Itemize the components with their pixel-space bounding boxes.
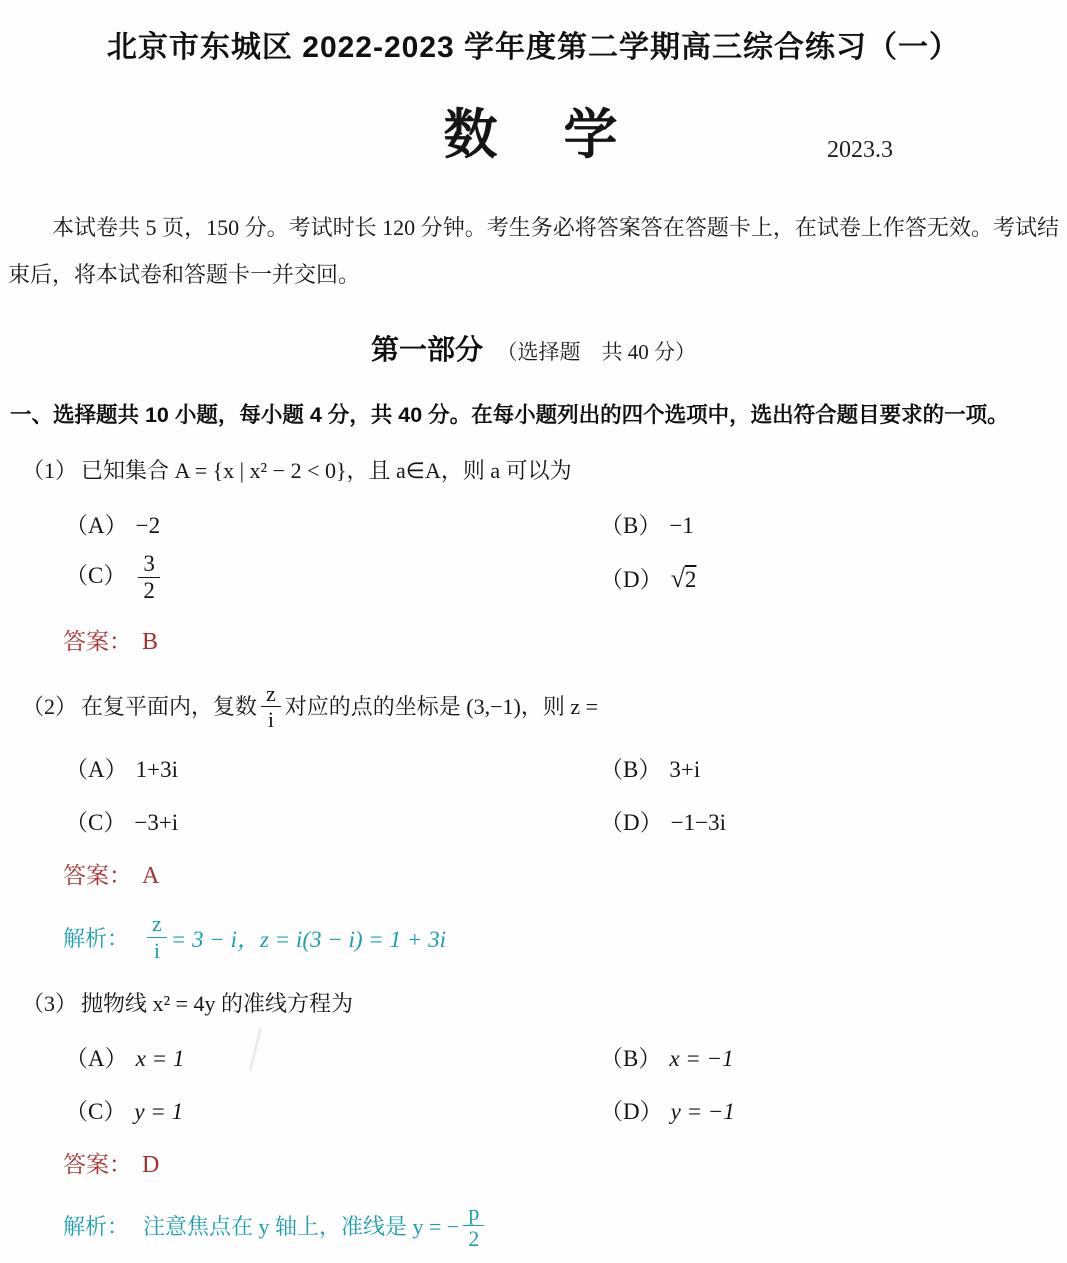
option-a-value: 1+3i (136, 757, 178, 782)
option-b-label: （B） (600, 513, 661, 538)
question-1-stem: （1）已知集合 A = {x | x² − 2 < 0}，且 a∈A，则 a 可… (22, 455, 1067, 487)
fraction-denominator: i (147, 938, 167, 962)
fraction-p-over-2: p2 (463, 1201, 484, 1250)
question-3-analysis: 解析： 注意焦点在 y 轴上，准线是 y = − p2 (22, 1201, 1067, 1250)
answer-label: 答案： (63, 863, 132, 888)
answer-letter: D (142, 1152, 159, 1178)
fraction-denominator: 2 (463, 1226, 484, 1250)
option-a-value: −2 (136, 513, 160, 538)
question-1-options-cd: （C）32 （D）√2 (22, 552, 1067, 603)
question-2-stem: （2） 在复平面内，复数 zi 对应的点的坐标是 (3,−1)，则 z = (22, 682, 1067, 731)
option-c-label: （C） (65, 1099, 126, 1124)
option-b-value: x = −1 (669, 1046, 733, 1071)
fraction-numerator: 3 (138, 552, 160, 578)
fraction-denominator: 2 (138, 578, 160, 603)
question-3-number: （3） (22, 991, 77, 1016)
question-2-answer: 答案：A (22, 857, 1067, 890)
fraction-z-over-i: zi (147, 912, 167, 961)
fraction-z-over-i: zi (261, 682, 281, 731)
option-c-value: y = 1 (134, 1099, 183, 1124)
question-3-option-d: （D）y = −1 (600, 1093, 735, 1126)
option-c-label: （C） (65, 563, 126, 588)
exam-date: 2023.3 (827, 137, 893, 164)
option-b-label: （B） (600, 757, 661, 782)
analysis-label: 解析： (63, 922, 129, 953)
question-3-options-cd: （C）y = 1 （D）y = −1 (22, 1093, 1067, 1126)
question-2-options-ab: （A）1+3i （B）3+i (22, 751, 1067, 784)
question-2-options-cd: （C）−3+i （D）−1−3i (22, 804, 1067, 837)
exam-title: 北京市东城区 2022-2023 学年度第二学期高三综合练习（一） (0, 0, 1067, 66)
question-3-stem: （3）抛物线 x² = 4y 的准线方程为 (22, 988, 1067, 1020)
option-a-value: x = 1 (136, 1046, 185, 1071)
question-1: （1）已知集合 A = {x | x² − 2 < 0}，且 a∈A，则 a 可… (0, 455, 1067, 656)
fraction-numerator: p (463, 1201, 484, 1226)
radical-sign: √ (671, 564, 685, 593)
question-3-stem-text: 抛物线 x² = 4y 的准线方程为 (81, 991, 353, 1016)
question-3-answer: 答案：D (22, 1146, 1067, 1179)
fraction-denominator: i (261, 707, 281, 731)
answer-label: 答案： (63, 629, 132, 654)
question-2-option-c: （C）−3+i (65, 804, 600, 837)
option-d-value: −1−3i (671, 810, 726, 835)
option-a-label: （A） (65, 757, 128, 782)
question-2-stem-post: 对应的点的坐标是 (3,−1)，则 z = (285, 691, 598, 723)
question-2: （2） 在复平面内，复数 zi 对应的点的坐标是 (3,−1)，则 z = （A… (0, 682, 1067, 961)
question-3: （3）抛物线 x² = 4y 的准线方程为 （A）x = 1 （B）x = −1… (0, 988, 1067, 1250)
option-a-label: （A） (65, 513, 128, 538)
question-3-option-c: （C）y = 1 (65, 1093, 600, 1126)
exam-notice: 本试卷共 5 页，150 分。考试时长 120 分钟。考生务必将答案答在答题卡上… (8, 204, 1059, 298)
question-3-option-a: （A）x = 1 (65, 1040, 600, 1073)
answer-label: 答案： (63, 1152, 132, 1177)
question-1-answer: 答案：B (22, 623, 1067, 656)
section-subtitle: （选择题 共 40 分） (497, 340, 697, 364)
question-1-options-ab: （A）−2 （B）−1 (22, 507, 1067, 540)
option-d-label: （D） (600, 567, 663, 592)
question-3-option-b: （B）x = −1 (600, 1040, 734, 1073)
question-1-stem-text: 已知集合 A = {x | x² − 2 < 0}，且 a∈A，则 a 可以为 (81, 458, 572, 483)
option-a-label: （A） (65, 1046, 128, 1071)
question-2-option-a: （A）1+3i (65, 751, 600, 784)
analysis-text: 注意焦点在 y 轴上，准线是 y = − (143, 1210, 459, 1241)
analysis-math: = 3 − i，z = i(3 − i) = 1 + 3i (171, 921, 446, 954)
question-1-option-c: （C）32 (65, 552, 600, 603)
question-1-number: （1） (22, 458, 77, 483)
option-d-value: y = −1 (671, 1099, 735, 1124)
question-1-option-b: （B）−1 (600, 507, 694, 540)
answer-letter: A (142, 863, 159, 889)
fraction-three-halves: 32 (138, 552, 160, 603)
subject-row: 数 学 2023.3 (0, 92, 1067, 164)
question-2-number: （2） (22, 691, 77, 723)
section-title: 第一部分 (371, 334, 483, 365)
subject-title: 数 学 (0, 92, 1067, 169)
question-2-stem-pre: 在复平面内，复数 (81, 691, 257, 723)
question-1-option-d: （D）√2 (600, 561, 696, 594)
question-3-options-ab: （A）x = 1 （B）x = −1 (22, 1040, 1067, 1073)
question-1-option-a: （A）−2 (65, 507, 600, 540)
question-2-analysis: 解析： zi = 3 − i，z = i(3 − i) = 1 + 3i (22, 912, 1067, 961)
option-b-value: 3+i (669, 757, 700, 782)
exam-page: 北京市东城区 2022-2023 学年度第二学期高三综合练习（一） 数 学 20… (0, 0, 1067, 1263)
section-header: 第一部分 （选择题 共 40 分） (0, 328, 1067, 368)
option-b-label: （B） (600, 1046, 661, 1071)
answer-letter: B (142, 629, 158, 655)
section-instruction: 一、选择题共 10 小题，每小题 4 分，共 40 分。在每小题列出的四个选项中… (10, 398, 1059, 429)
question-2-option-d: （D）−1−3i (600, 804, 726, 837)
fraction-numerator: z (147, 912, 167, 937)
option-b-value: −1 (669, 513, 693, 538)
option-c-value: −3+i (134, 810, 178, 835)
analysis-label: 解析： (63, 1210, 129, 1241)
option-c-label: （C） (65, 810, 126, 835)
fraction-numerator: z (261, 682, 281, 707)
option-d-label: （D） (600, 810, 663, 835)
question-2-option-b: （B）3+i (600, 751, 700, 784)
radicand: 2 (685, 567, 697, 592)
option-d-label: （D） (600, 1099, 663, 1124)
